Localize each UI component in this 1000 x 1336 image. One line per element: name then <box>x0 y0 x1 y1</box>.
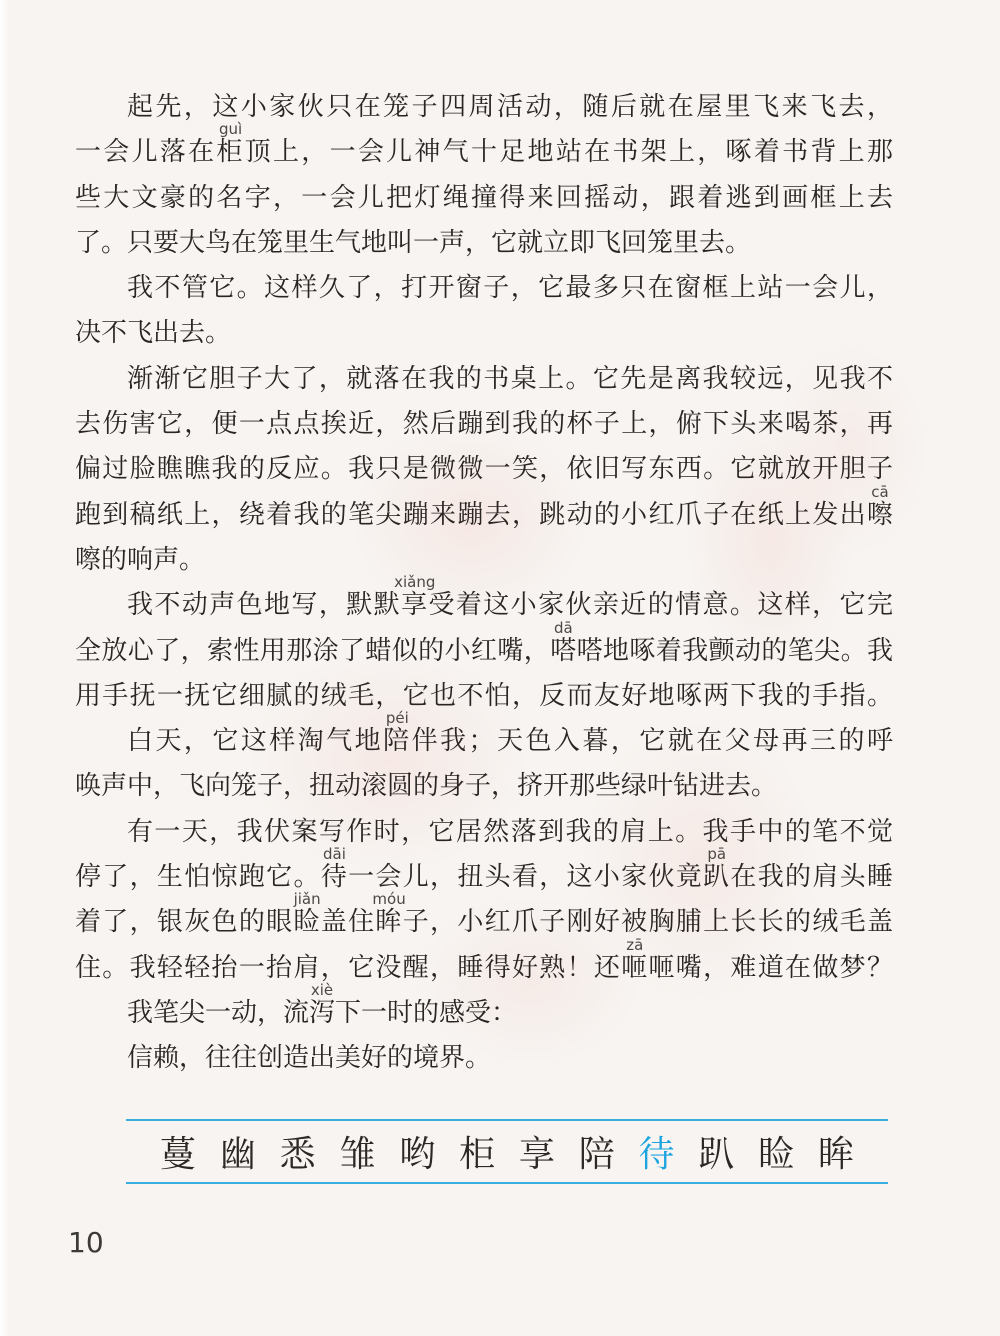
text-line: 些大文豪的名字，一会儿把灯绳撞得来回摇动，跟着逃到画框上去 <box>75 175 893 220</box>
text-run: 受着这小家伙亲近的情意。这样，它完 <box>428 590 893 619</box>
paragraph: 我笔尖一动，流泻xiè下一时的感受： <box>75 990 893 1035</box>
paragraph: 我不动声色地写，默默享xiǎng受着这小家伙亲近的情意。这样，它完全放心了，索性… <box>75 582 893 718</box>
new-character: 蔓 <box>160 1126 196 1177</box>
lesson-text: 起先，这小家伙只在笼子四周活动，随后就在屋里飞来飞去，一会儿落在柜guì顶上，一… <box>75 84 893 1081</box>
text-line: 用手抚一抚它细腻的绒毛，它也不怕，反而友好地啄两下我的手指。 <box>75 673 893 718</box>
new-character: 雏 <box>339 1126 375 1177</box>
text-line: 信赖，往往创造出美好的境界。 <box>75 1035 893 1080</box>
text-run: 起先，这小家伙只在笼子四周活动，随后就在屋里飞来飞去， <box>127 92 893 121</box>
text-run: 跑到稿纸上，绕着我的笔尖蹦来蹦去，跳动的小红爪子在纸上发出 <box>75 500 867 529</box>
text-run: 渐渐它胆子大了，就落在我的书桌上。它先是离我较远，见我不 <box>127 364 893 393</box>
text-run: 一会儿落在 <box>75 137 216 166</box>
pinyin-label: guì <box>219 122 242 137</box>
text-run: 些大文豪的名字，一会儿把灯绳撞得来回摇动，跟着逃到画框上去 <box>75 183 893 212</box>
pinyin-annotated-char: 嗒dā <box>550 636 576 665</box>
text-run: 伴我；天色入暮，它就在父母再三的呼 <box>412 726 893 755</box>
new-character: 柜 <box>459 1126 495 1177</box>
text-run: 一会儿，扭头看，这小家伙竟 <box>348 862 703 891</box>
text-line: 着了，银灰色的眼睑jiǎn盖住眸móu子，小红爪子刚好被胸脯上长长的绒毛盖 <box>75 899 893 944</box>
new-character: 眸 <box>818 1126 854 1177</box>
pinyin-annotated-char: 泻xiè <box>309 998 335 1027</box>
paragraph: 白天，它这样淘气地陪péi伴我；天色入暮，它就在父母再三的呼唤声中，飞向笼子，扭… <box>75 718 893 809</box>
text-line: 决不飞出去。 <box>75 310 893 355</box>
text-run: 子，小红爪子刚好被胸脯上长长的绒毛盖 <box>403 907 893 936</box>
pinyin-label: zā <box>626 938 643 953</box>
text-run: 决不飞出去。 <box>75 318 231 347</box>
text-run: 了。只要大鸟在笼里生气地叫一声，它就立即飞回笼里去。 <box>75 228 751 257</box>
text-line: 一会儿落在柜guì顶上，一会儿神气十足地站在书架上，啄着书背上那 <box>75 129 893 174</box>
new-character: 趴 <box>698 1126 734 1177</box>
text-line: 全放心了，索性用那涂了蜡似的小红嘴，嗒dā嗒地啄着我颤动的笔尖。我 <box>75 628 893 673</box>
pinyin-annotated-char: 咂zā <box>621 953 648 982</box>
pinyin-label: péi <box>386 711 409 726</box>
text-run: 嗒地啄着我颤动的笔尖。我 <box>577 636 893 665</box>
text-line: 我不动声色地写，默默享xiǎng受着这小家伙亲近的情意。这样，它完 <box>75 582 893 627</box>
text-line: 白天，它这样淘气地陪péi伴我；天色入暮，它就在父母再三的呼 <box>75 718 893 763</box>
text-line: 了。只要大鸟在笼里生气地叫一声，它就立即飞回笼里去。 <box>75 220 893 265</box>
text-run: 住。我轻轻抬一抬肩，它没醒，睡得好熟！还 <box>75 953 621 982</box>
pinyin-annotated-char: 陪péi <box>383 726 411 755</box>
paragraph: 起先，这小家伙只在笼子四周活动，随后就在屋里飞来飞去，一会儿落在柜guì顶上，一… <box>75 84 893 265</box>
text-run: 去伤害它，便一点点挨近，然后蹦到我的杯子上，俯下头来喝茶，再 <box>75 409 893 438</box>
pinyin-label: móu <box>372 892 405 907</box>
pinyin-label: pā <box>707 847 726 862</box>
text-run: 我不动声色地写，默默 <box>127 590 401 619</box>
pinyin-annotated-char: 睑jiǎn <box>293 907 320 936</box>
new-character: 幽 <box>220 1126 256 1177</box>
new-character: 陪 <box>579 1126 615 1177</box>
text-line: 渐渐它胆子大了，就落在我的书桌上。它先是离我较远，见我不 <box>75 356 893 401</box>
pinyin-label: cā <box>871 485 888 500</box>
text-line: 有一天，我伏案写作时，它居然落到我的肩上。我手中的笔不觉 <box>75 809 893 854</box>
new-character: 享 <box>519 1126 555 1177</box>
text-run: 顶上，一会儿神气十足地站在书架上，啄着书背上那 <box>245 137 893 166</box>
text-run: 用手抚一抚它细腻的绒毛，它也不怕，反而友好地啄两下我的手指。 <box>75 681 893 710</box>
text-run: 嚓的响声。 <box>75 545 205 574</box>
text-run: 我不管它。这样久了，打开窗子，它最多只在窗框上站一会儿， <box>127 273 893 302</box>
pinyin-label: xiè <box>311 983 333 998</box>
paragraph: 我不管它。这样久了，打开窗子，它最多只在窗框上站一会儿，决不飞出去。 <box>75 265 893 356</box>
text-run: 下一时的感受： <box>335 998 517 1027</box>
text-line: 嚓的响声。 <box>75 537 893 582</box>
text-run: 信赖，往往创造出美好的境界。 <box>127 1043 491 1072</box>
text-run: 我笔尖一动，流 <box>127 998 309 1027</box>
pinyin-label: dā <box>554 621 573 636</box>
text-line: 我不管它。这样久了，打开窗子，它最多只在窗框上站一会儿， <box>75 265 893 310</box>
text-run: 白天，它这样淘气地 <box>127 726 383 755</box>
pinyin-annotated-char: 享xiǎng <box>401 590 428 619</box>
pinyin-annotated-char: 待dāi <box>321 862 348 891</box>
text-line: 起先，这小家伙只在笼子四周活动，随后就在屋里飞来飞去， <box>75 84 893 129</box>
text-run: 在我的肩头睡 <box>730 862 893 891</box>
paragraph: 信赖，往往创造出美好的境界。 <box>75 1035 893 1080</box>
text-line: 我笔尖一动，流泻xiè下一时的感受： <box>75 990 893 1035</box>
pinyin-annotated-char: 嚓cā <box>867 500 893 529</box>
text-line: 跑到稿纸上，绕着我的笔尖蹦来蹦去，跳动的小红爪子在纸上发出嚓cā <box>75 492 893 537</box>
paragraph: 渐渐它胆子大了，就落在我的书桌上。它先是离我较远，见我不去伤害它，便一点点挨近，… <box>75 356 893 582</box>
text-run: 咂嘴，难道在做梦？ <box>649 953 893 982</box>
page-number: 10 <box>68 1226 104 1259</box>
new-character: 睑 <box>758 1126 794 1177</box>
new-character: 悉 <box>280 1126 316 1177</box>
text-line: 唤声中，飞向笼子，扭动滚圆的身子，挤开那些绿叶钻进去。 <box>75 763 893 808</box>
text-line: 住。我轻轻抬一抬肩，它没醒，睡得好熟！还咂zā咂嘴，难道在做梦？ <box>75 945 893 990</box>
text-run: 全放心了，索性用那涂了蜡似的小红嘴， <box>75 636 550 665</box>
pinyin-label: jiǎn <box>294 892 321 907</box>
text-line: 去伤害它，便一点点挨近，然后蹦到我的杯子上，俯下头来喝茶，再 <box>75 401 893 446</box>
new-character: 哟 <box>399 1126 435 1177</box>
text-run: 停了，生怕惊跑它。 <box>75 862 321 891</box>
pinyin-annotated-char: 柜guì <box>216 137 244 166</box>
paragraph: 有一天，我伏案写作时，它居然落到我的肩上。我手中的笔不觉停了，生怕惊跑它。待dā… <box>75 809 893 990</box>
text-line: 偏过脸瞧瞧我的反应。我只是微微一笑，依旧写东西。它就放开胆子 <box>75 446 893 491</box>
text-run: 唤声中，飞向笼子，扭动滚圆的身子，挤开那些绿叶钻进去。 <box>75 771 777 800</box>
text-run: 盖住 <box>321 907 376 936</box>
text-run: 着了，银灰色的眼 <box>75 907 293 936</box>
pinyin-label: xiǎng <box>394 575 435 590</box>
new-character-highlighted: 待 <box>639 1126 675 1177</box>
text-run: 偏过脸瞧瞧我的反应。我只是微微一笑，依旧写东西。它就放开胆子 <box>75 454 893 483</box>
pinyin-annotated-char: 趴pā <box>703 862 730 891</box>
pinyin-label: dāi <box>323 847 346 862</box>
text-line: 停了，生怕惊跑它。待dāi一会儿，扭头看，这小家伙竟趴pā在我的肩头睡 <box>75 854 893 899</box>
text-run: 有一天，我伏案写作时，它居然落到我的肩上。我手中的笔不觉 <box>127 817 893 846</box>
pinyin-annotated-char: 眸móu <box>375 907 402 936</box>
new-char-band: 蔓幽悉雏哟柜享陪待趴睑眸 <box>126 1119 888 1184</box>
scan-edge-highlight <box>0 0 10 1336</box>
